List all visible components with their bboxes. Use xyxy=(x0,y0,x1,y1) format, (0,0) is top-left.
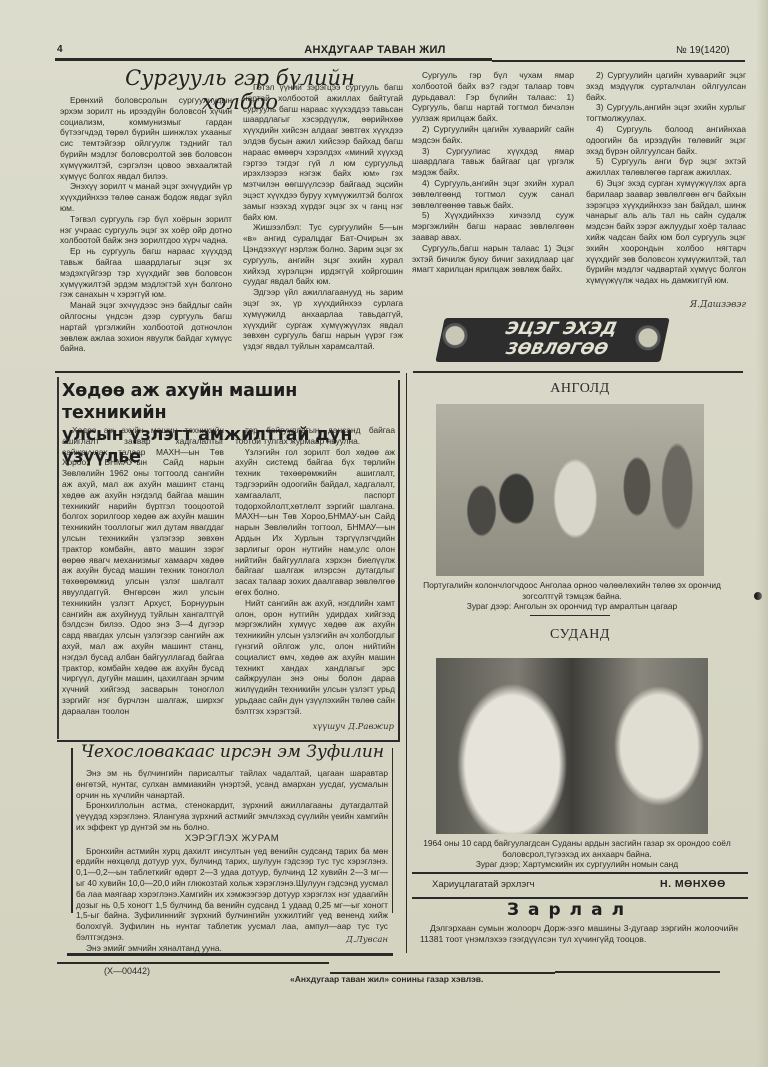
caption-line-1: 1964 оны 10 сард байгуулагдсан Суданы ар… xyxy=(412,838,742,859)
angola-caption: Португалийн колончлогчдоос Анголаа орноо… xyxy=(412,580,732,612)
photo-separator xyxy=(530,615,610,616)
paragraph: 4) Сургууль,ангийн эцэг эхийн хурал зөвл… xyxy=(412,178,574,210)
editor-rule-top xyxy=(412,872,748,874)
paragraph: Дэлгэрхаан сумын жолоорч Дорж-ээго машин… xyxy=(420,923,738,945)
editor-rule-bottom xyxy=(412,897,748,899)
issue-number: № 19(1420) xyxy=(676,45,730,56)
advice-banner-line2: ЗӨВЛӨГӨӨ xyxy=(470,339,644,359)
article-drug-author: Д.Лувсан xyxy=(300,935,388,945)
paragraph: 5) Хүүхдийнхээ хичээлд сууж мэргэжлийн б… xyxy=(412,210,574,242)
paragraph: Тэгвэл сургууль гэр бүл хоёрын зорилт нэ… xyxy=(60,214,232,246)
title-line-1: Хөдөө аж ахуйн машин техникийн xyxy=(62,380,398,424)
sudan-photo xyxy=(436,658,708,834)
sudan-heading: СУДАНД xyxy=(530,627,630,643)
paragraph: Сургууль гэр бүл чухам ямар холбоотой ба… xyxy=(412,70,574,124)
article-school-col4: 2) Сургуулийн цагийн хуваарийг эцэг эхэд… xyxy=(586,70,746,286)
article-drug-bottom-rule xyxy=(67,953,393,956)
article-machinery-col2: тэр байгууллагын дансанд байгаа тоотой т… xyxy=(235,425,395,717)
newspaper-title: АНХДУГААР ТАВАН ЖИЛ xyxy=(250,44,500,56)
article-drug-body: Энэ эм нь бүлчингийн парисалтыг тайлах ч… xyxy=(76,768,388,954)
paragraph: 5) Сургууль анги бүр эцэг эхтэй ажиллах … xyxy=(586,156,746,178)
paragraph: Бронхиллолын астма, стенокардит, зүрхний… xyxy=(76,800,388,832)
paragraph: Бронхийн астмийн хурц дахилт инсултын үе… xyxy=(76,846,388,943)
angola-heading: АНГОЛД xyxy=(540,381,620,397)
article-drug-left-border xyxy=(71,748,73,913)
footer-rule-right xyxy=(555,971,720,973)
article-drug-title: Чехословакаас ирсэн эм Зуфилин xyxy=(75,742,390,762)
article-school-col1: Ерөнхий боловсролын сургуулиудын эрхэм з… xyxy=(60,95,232,354)
page-number: 4 xyxy=(57,44,63,55)
newspaper-page: 4 АНХДУГААР ТАВАН ЖИЛ № 19(1420) Сургуул… xyxy=(0,0,768,1067)
footer-code: (Х—00442) xyxy=(104,966,150,976)
article-drug-right-border xyxy=(392,748,393,913)
caption-line-1: Португалийн колончлогчдоос Анголаа орноо… xyxy=(412,580,732,601)
editor-name: Н. МӨНХӨӨ xyxy=(660,878,726,890)
paragraph: Эдгээр үйл ажиллагаанууд нь зарим эцэг э… xyxy=(243,287,403,352)
paragraph: Хөдөө аж ахуйн машин техникийн ашиглалт … xyxy=(62,425,224,717)
paragraph: Энэ эм нь бүлчингийн парисалтыг тайлах ч… xyxy=(76,768,388,800)
section-rule-left xyxy=(55,371,400,373)
paragraph: Ерөнхий боловсролын сургуулиудын эрхэм з… xyxy=(60,95,232,181)
paragraph: Ер нь сургууль багш нараас хүүхдэд тавьж… xyxy=(60,246,232,300)
paragraph: 4) Сургууль болоод ангийнхаа одоогийн ба… xyxy=(586,124,746,156)
article-school-author: Я.Дашзэвэг xyxy=(660,300,746,310)
notice-title: Зарлал xyxy=(480,900,660,920)
paragraph: 3) Сургууль,ангийн эцэг эхийн хурлыг тог… xyxy=(586,102,746,124)
angola-photo xyxy=(436,404,704,576)
article-machinery-right-border xyxy=(398,380,400,740)
masthead-rule-left xyxy=(55,58,492,61)
page-edge xyxy=(756,0,768,1067)
paragraph: Сургууль,багш нарын талаас 1) Эцэг эхтэй… xyxy=(412,243,574,275)
paragraph: Үзлэгийн гол зорилт бол хөдөө аж ахуйн с… xyxy=(235,447,395,598)
paragraph: 2) Сургуулийн цагийн хуваарийг эцэг эхэд… xyxy=(586,70,746,102)
section-rule-right xyxy=(413,371,743,373)
article-machinery-col1: Хөдөө аж ахуйн машин техникийн ашиглалт … xyxy=(62,425,224,717)
paragraph: 6) Эцэг эхэд сурган хүмүүжүүлэх арга бар… xyxy=(586,178,746,286)
caption-line-2: Зураг дээр: Анголын эх орончид түр амрал… xyxy=(412,601,732,612)
child-face-icon xyxy=(440,318,470,362)
masthead-rule-right xyxy=(492,60,745,62)
paragraph: 3) Сургуулиас хүүхдэд ямар шаардлага тав… xyxy=(412,146,574,178)
caption-line-2: Зураг дээр; Хартумскийн их сургуулийн но… xyxy=(412,859,742,870)
paragraph: тэр байгууллагын дансанд байгаа тоотой т… xyxy=(235,425,395,447)
footer-printer: «Анхдугаар таван жил» сонины газар хэвлэ… xyxy=(290,974,483,984)
column-divider xyxy=(406,373,407,953)
paragraph: Жишээлбэл: Тус сургуулийн 5—ын «в» ангид… xyxy=(243,222,403,287)
paragraph: Манай эцэг эхчүүдээс энэ байдлыг сайн ой… xyxy=(60,300,232,354)
advice-banner-line1: ЭЦЭГ ЭХЭД xyxy=(474,319,648,339)
paragraph: 2) Сургуулийн цагийн хуваарийг сайн мэдс… xyxy=(412,124,574,146)
usage-subheading: ХЭРЭГЛЭХ ЖУРАМ xyxy=(76,834,388,845)
paragraph: Энэхүү зорилт ч манай эцэг эхчүүдийн үр … xyxy=(60,181,232,213)
notice-text: Дэлгэрхаан сумын жолоорч Дорж-ээго машин… xyxy=(420,923,738,945)
article-machinery-author: хүүшуч Д.Равжир xyxy=(290,722,394,732)
paragraph: Гэтэл үүний зэрэгцээ сургууль багш нарта… xyxy=(243,82,403,222)
article-school-col3: Сургууль гэр бүл чухам ямар холбоотой ба… xyxy=(412,70,574,275)
article-school-col2: Гэтэл үүний зэрэгцээ сургууль багш нарта… xyxy=(243,82,403,352)
sudan-caption: 1964 оны 10 сард байгуулагдсан Суданы ар… xyxy=(412,838,742,870)
editor-label: Хариуцлагатай эрхлэгч xyxy=(432,879,535,890)
paragraph: Нийт сангийн аж ахуй, нэгдлийн хамт олон… xyxy=(235,598,395,717)
footer-rule-left xyxy=(57,962,329,964)
elder-face-icon xyxy=(632,318,664,362)
